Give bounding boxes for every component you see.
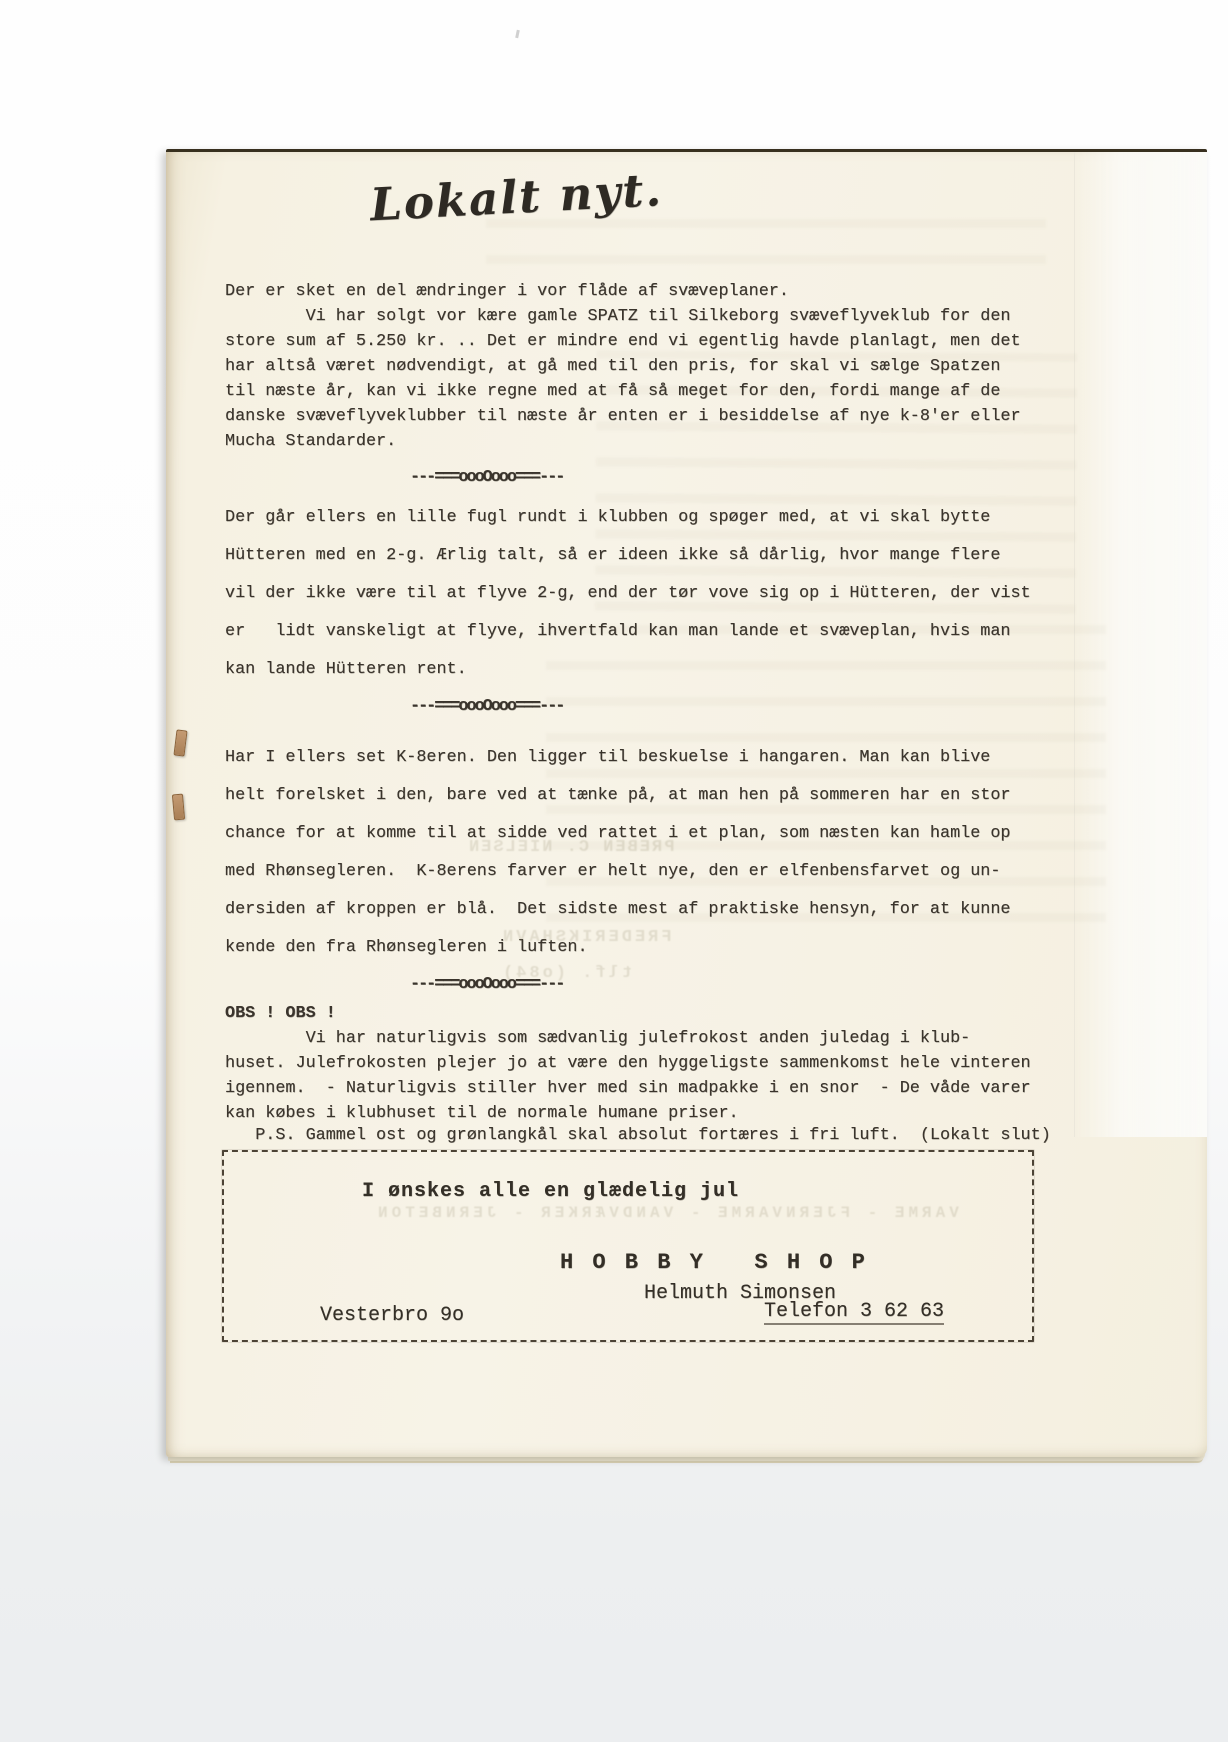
text-line: igennem. - Naturligvis stiller hver med … <box>225 1076 1031 1101</box>
text-line: kan lande Hütteren rent. <box>225 651 1031 689</box>
text-line: Der er sket en del ændringer i vor flåde… <box>225 279 1021 304</box>
page-edge-highlight <box>1074 152 1207 1137</box>
text-line: huset. Julefrokosten plejer jo at være d… <box>225 1051 1031 1076</box>
text-line: danske svæveflyveklubber til næste år en… <box>225 404 1021 429</box>
text-line: vil der ikke være til at flyve 2-g, end … <box>225 575 1031 613</box>
text-line: helt forelsket i den, bare ved at tænke … <box>225 777 1011 815</box>
bird-rumor-paragraph: Der går ellers en lille fugl rundt i klu… <box>225 499 1031 689</box>
scanner-speck <box>515 30 520 38</box>
christmas-greeting: I ønskes alle en glædelig jul <box>362 1180 739 1203</box>
staple <box>173 729 187 756</box>
text-line: Har I ellers set K-8eren. Den ligger til… <box>225 739 1011 777</box>
scanned-newsletter-page: Lokalt nyt. Der er sket en del ændringer… <box>166 149 1207 1457</box>
section-divider: ---===oooOooo===--- <box>410 468 563 487</box>
text-line: Hütteren med en 2-g. Ærlig talt, så er i… <box>225 537 1031 575</box>
intro-paragraph: Der er sket en del ændringer i vor flåde… <box>225 279 1021 454</box>
text-line: med Rhønsegleren. K-8erens farver er hel… <box>225 853 1011 891</box>
hobby-shop-ad-box: I ønskes alle en glædelig jul VARME - FJ… <box>222 1150 1034 1342</box>
text-line: Vi har solgt vor kære gamle SPATZ til Si… <box>225 304 1021 329</box>
text-line: Der går ellers en lille fugl rundt i klu… <box>225 499 1031 537</box>
text-line: Mucha Standarder. <box>225 429 1021 454</box>
bleed-through-text: PREBEN C. NIELSEN <box>467 838 674 857</box>
section-divider: ---===oooOooo===--- <box>410 697 563 716</box>
text-line: Vi har naturligvis som sædvanlig julefro… <box>225 1026 1031 1051</box>
bleed-through-text: VARME - FJERNVARME - VANDVÆRKER - JERNBE… <box>374 1204 959 1222</box>
christmas-lunch-paragraph: Vi har naturligvis som sædvanlig julefro… <box>225 1026 1031 1126</box>
text-line: har altså været nødvendigt, at gå med ti… <box>225 354 1021 379</box>
text-line: til næste år, kan vi ikke regne med at f… <box>225 379 1021 404</box>
section-divider: ---===oooOooo===--- <box>410 975 563 994</box>
shop-name: H O B B Y S H O P <box>560 1250 868 1275</box>
text-line: dersiden af kroppen er blå. Det sidste m… <box>225 891 1011 929</box>
shop-phone: Telefon 3 62 63 <box>764 1300 944 1325</box>
text-line: er lidt vanskeligt at flyve, ihvertfald … <box>225 613 1031 651</box>
obs-heading: OBS ! OBS ! <box>225 1001 336 1026</box>
bleed-through-text: FREDERIKSHAVN <box>500 928 672 947</box>
handwritten-page-title: Lokalt nyt. <box>369 162 691 232</box>
shop-address: Vesterbro 9o <box>320 1304 464 1327</box>
text-line: store sum af 5.250 kr. .. Det er mindre … <box>225 329 1021 354</box>
postscript-line: P.S. Gammel ost og grønlangkål skal abso… <box>225 1123 1051 1148</box>
staple <box>172 794 185 821</box>
